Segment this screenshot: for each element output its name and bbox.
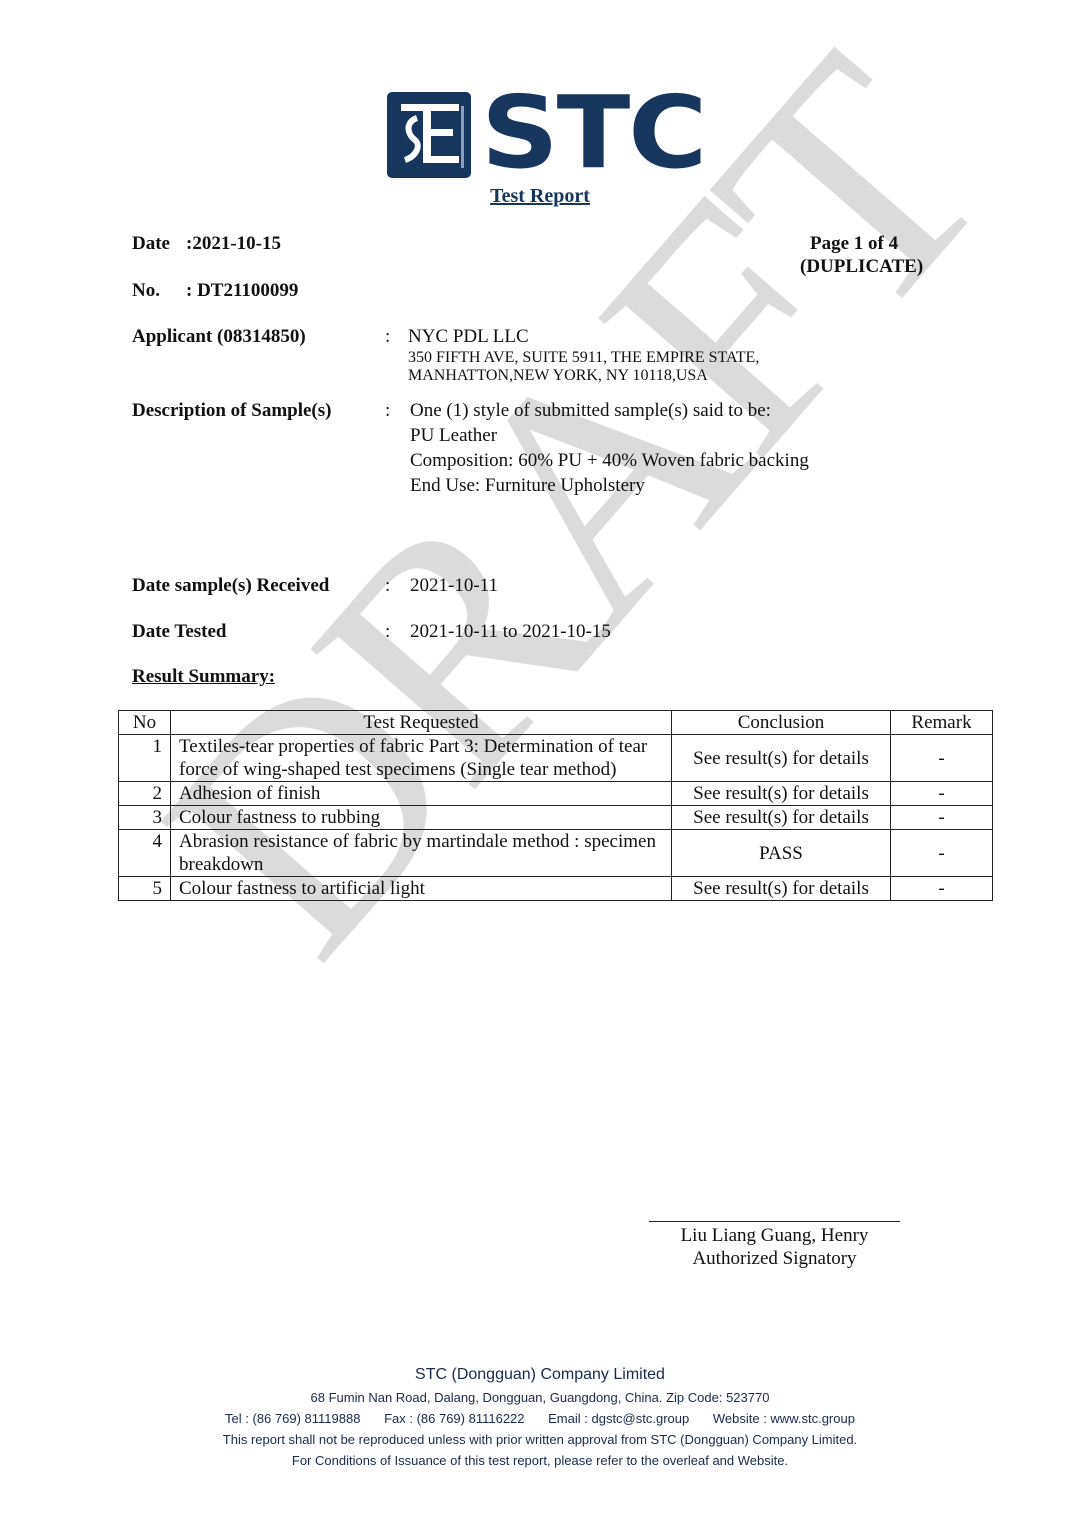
row-remark: -: [891, 782, 993, 806]
report-title: Test Report: [0, 185, 1080, 208]
footer-fax: Fax : (86 769) 81116222: [384, 1411, 524, 1426]
row-no: 3: [119, 806, 171, 830]
row-no: 1: [119, 735, 171, 782]
description-line: One (1) style of submitted sample(s) sai…: [410, 400, 771, 422]
row-test: Colour fastness to rubbing: [171, 806, 672, 830]
description-colon: :: [385, 400, 390, 422]
table-row: 3 Colour fastness to rubbing See result(…: [119, 806, 993, 830]
row-no: 5: [119, 877, 171, 901]
description-line: Composition: 60% PU + 40% Woven fabric b…: [410, 450, 809, 472]
signature-line: [649, 1221, 900, 1222]
row-conclusion: See result(s) for details: [672, 877, 891, 901]
page-number: Page 1 of 4: [810, 233, 898, 255]
footer-contacts: Tel : (86 769) 81119888 Fax : (86 769) 8…: [0, 1411, 1080, 1426]
description-line: End Use: Furniture Upholstery: [410, 475, 645, 497]
footer-conditions: For Conditions of Issuance of this test …: [0, 1453, 1080, 1468]
row-test: Abrasion resistance of fabric by martind…: [171, 830, 672, 877]
applicant-colon: :: [385, 326, 390, 348]
header-no: No: [119, 711, 171, 735]
row-conclusion: PASS: [672, 830, 891, 877]
row-no: 4: [119, 830, 171, 877]
table-header-row: No Test Requested Conclusion Remark: [119, 711, 993, 735]
header-conclusion: Conclusion: [672, 711, 891, 735]
date-tested-label: Date Tested: [132, 621, 226, 643]
date-tested-value: 2021-10-11 to 2021-10-15: [410, 621, 611, 643]
stc-logo: STC: [387, 92, 699, 180]
row-test: Colour fastness to artificial light: [171, 877, 672, 901]
header-test-requested: Test Requested: [171, 711, 672, 735]
duplicate-label: (DUPLICATE): [800, 256, 923, 278]
row-conclusion: See result(s) for details: [672, 782, 891, 806]
row-conclusion: See result(s) for details: [672, 806, 891, 830]
date-value: :2021-10-15: [186, 233, 281, 255]
footer-email[interactable]: Email : dgstc@stc.group: [548, 1411, 689, 1426]
date-received-label: Date sample(s) Received: [132, 575, 329, 597]
footer-website[interactable]: Website : www.stc.group: [713, 1411, 855, 1426]
applicant-label: Applicant (08314850): [132, 326, 306, 348]
table-row: 1 Textiles-tear properties of fabric Par…: [119, 735, 993, 782]
footer-address: 68 Fumin Nan Road, Dalang, Dongguan, Gua…: [0, 1390, 1080, 1405]
description-label: Description of Sample(s): [132, 400, 331, 422]
description-line: PU Leather: [410, 425, 497, 447]
row-conclusion: See result(s) for details: [672, 735, 891, 782]
header-remark: Remark: [891, 711, 993, 735]
row-test: Textiles-tear properties of fabric Part …: [171, 735, 672, 782]
footer-notice: This report shall not be reproduced unle…: [0, 1432, 1080, 1447]
result-summary-table: No Test Requested Conclusion Remark 1 Te…: [118, 710, 993, 901]
date-label: Date: [132, 233, 170, 255]
applicant-address-line1: 350 FIFTH AVE, SUITE 5911, THE EMPIRE ST…: [408, 349, 759, 367]
report-no-value: : DT21100099: [186, 280, 298, 302]
footer-tel: Tel : (86 769) 81119888: [225, 1411, 360, 1426]
logo-wordmark: STC: [481, 78, 705, 188]
date-tested-colon: :: [385, 621, 390, 643]
row-remark: -: [891, 877, 993, 901]
table-row: 2 Adhesion of finish See result(s) for d…: [119, 782, 993, 806]
applicant-address-line2: MANHATTON,NEW YORK, NY 10118,USA: [408, 367, 708, 385]
date-received-colon: :: [385, 575, 390, 597]
result-summary-title: Result Summary:: [132, 666, 275, 688]
row-remark: -: [891, 830, 993, 877]
applicant-name: NYC PDL LLC: [408, 326, 529, 348]
table-row: 4 Abrasion resistance of fabric by marti…: [119, 830, 993, 877]
table-row: 5 Colour fastness to artificial light Se…: [119, 877, 993, 901]
stc-emblem-icon: [387, 92, 471, 178]
report-no-label: No.: [132, 280, 160, 302]
footer-company: STC (Dongguan) Company Limited: [0, 1366, 1080, 1384]
signatory-name: Liu Liang Guang, Henry: [649, 1225, 900, 1247]
date-received-value: 2021-10-11: [410, 575, 498, 597]
row-remark: -: [891, 806, 993, 830]
row-no: 2: [119, 782, 171, 806]
row-test: Adhesion of finish: [171, 782, 672, 806]
row-remark: -: [891, 735, 993, 782]
signatory-title: Authorized Signatory: [649, 1248, 900, 1270]
